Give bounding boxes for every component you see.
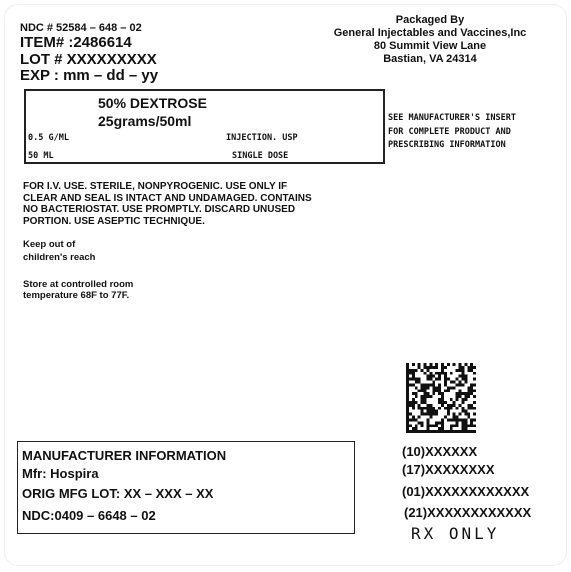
warning-line: NO BACTERIOSTAT. USE PROMPTLY. DISCARD U… bbox=[23, 204, 312, 216]
product-form: INJECTION. USP bbox=[226, 133, 298, 143]
usage-warnings: FOR I.V. USE. STERILE, NONPYROGENIC. USE… bbox=[23, 181, 312, 228]
storage-line: temperature 68F to 77F. bbox=[23, 290, 133, 301]
child-safety-notice: Keep out of children's reach bbox=[23, 238, 95, 264]
insert-notice-line: PRESCRIBING INFORMATION bbox=[388, 139, 516, 153]
packager-info: Packaged By General Injectables and Vacc… bbox=[305, 14, 555, 66]
expiration-date: EXP : mm – dd – yy bbox=[20, 67, 158, 84]
manufacturer-name: Mfr: Hospira bbox=[22, 466, 99, 481]
ndc-number: NDC # 52584 – 648 – 02 bbox=[20, 22, 142, 34]
gs1-batch: (10)XXXXXX bbox=[402, 444, 477, 459]
product-name: 50% DEXTROSE bbox=[98, 95, 207, 111]
product-volume: 50 ML bbox=[28, 151, 54, 161]
packager-street: 80 Summit View Lane bbox=[305, 40, 555, 53]
warning-line: CLEAR AND SEAL IS INTACT AND UNDAMAGED. … bbox=[23, 193, 312, 205]
insert-notice-line: SEE MANUFACTURER'S INSERT bbox=[388, 112, 516, 126]
gs1-gtin: (01)XXXXXXXXXXXX bbox=[402, 484, 529, 499]
datamatrix-icon bbox=[405, 363, 477, 433]
gs1-serial: (21)XXXXXXXXXXXX bbox=[404, 505, 531, 520]
warning-line: PORTION. USE ASEPTIC TECHNIQUE. bbox=[23, 216, 312, 228]
insert-notice-line: FOR COMPLETE PRODUCT AND bbox=[388, 126, 516, 140]
warning-line: FOR I.V. USE. STERILE, NONPYROGENIC. USE… bbox=[23, 181, 312, 193]
child-safety-line: children's reach bbox=[23, 251, 95, 264]
product-concentration: 0.5 G/ML bbox=[28, 133, 69, 143]
manufacturer-ndc: NDC:0409 – 6648 – 02 bbox=[22, 508, 156, 523]
insert-notice: SEE MANUFACTURER'S INSERT FOR COMPLETE P… bbox=[388, 112, 516, 153]
storage-notice: Store at controlled room temperature 68F… bbox=[23, 279, 133, 301]
lot-number: LOT # XXXXXXXXX bbox=[20, 51, 157, 68]
product-dose: SINGLE DOSE bbox=[232, 151, 288, 161]
storage-line: Store at controlled room bbox=[23, 279, 133, 290]
item-number: ITEM# :2486614 bbox=[20, 34, 132, 51]
product-strength: 25grams/50ml bbox=[98, 113, 191, 129]
manufacturer-heading: MANUFACTURER INFORMATION bbox=[22, 448, 226, 463]
packager-city: Bastian, VA 24314 bbox=[305, 53, 555, 66]
packager-heading: Packaged By bbox=[305, 14, 555, 27]
rx-only-label: RX ONLY bbox=[411, 524, 499, 543]
gs1-expiry: (17)XXXXXXXX bbox=[402, 462, 495, 477]
child-safety-line: Keep out of bbox=[23, 238, 95, 251]
manufacturer-lot: ORIG MFG LOT: XX – XXX – XX bbox=[22, 486, 213, 501]
packager-company: General Injectables and Vaccines,Inc bbox=[305, 27, 555, 40]
